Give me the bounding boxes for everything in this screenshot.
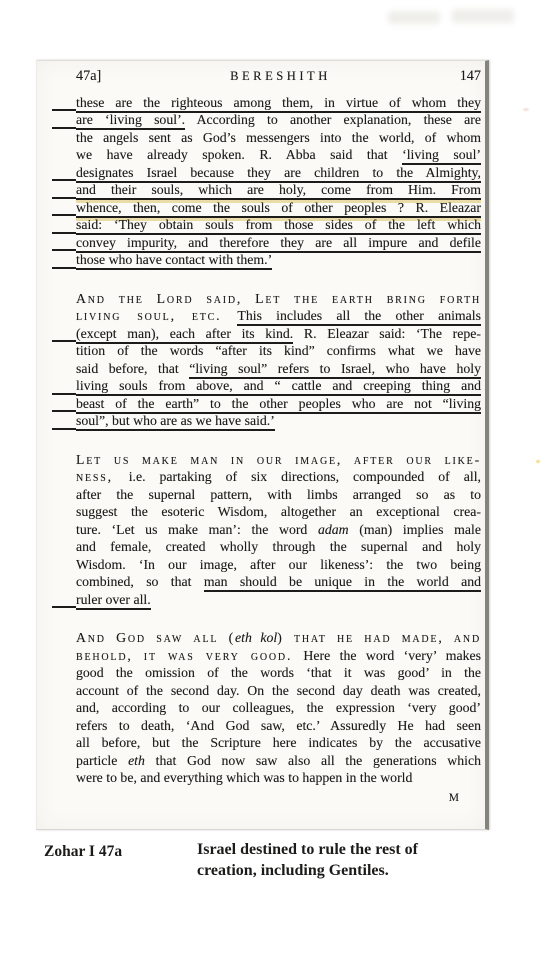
text-line: tition of the words “after its kind” con…	[76, 342, 481, 360]
underlined-text-segment: living souls from above, and “ cattle an…	[76, 378, 481, 396]
paragraph: these are the righteous among them, in v…	[76, 94, 481, 269]
text-segment: we have already spoken. R. Abba said tha…	[76, 147, 402, 162]
text-line: and, according to our colleagues, the ex…	[76, 699, 481, 717]
underlined-text-segment: designates Israel because they are child…	[76, 165, 481, 183]
text-line: living soul, etc. This includes all the …	[76, 307, 481, 325]
printer-signature-mark: M	[76, 790, 481, 808]
text-line: refers to death, ‘And God saw, etc.’ Ass…	[76, 717, 481, 735]
text-segment: combined, so that	[76, 574, 204, 589]
text-line: these are the righteous among them, in v…	[76, 94, 481, 112]
text-segment: the angels sent as God’s messengers into…	[76, 130, 481, 145]
underlined-text-segment: This includes all the other animals	[237, 308, 481, 326]
text-line: said: ‘They obtain souls from those side…	[76, 216, 481, 234]
text-segment: And God saw all (	[76, 630, 235, 645]
bleed-through-smudge	[388, 11, 440, 24]
underlined-text-segment: whence, then, come the souls of other pe…	[76, 200, 481, 218]
pen-underline-margin-extension	[52, 232, 76, 234]
underlined-text-segment: are ‘living soul’.	[76, 112, 185, 130]
text-segment: And the Lord said, Let the earth bring f…	[76, 291, 481, 306]
text-segment: adam	[318, 522, 349, 537]
text-segment: (man) implies male	[349, 522, 481, 537]
text-segment: all before, but the Scripture here indic…	[76, 735, 481, 750]
pen-underline-margin-extension	[52, 267, 76, 269]
underlined-text-segment: “living soul” refers to Israel, who have…	[189, 361, 481, 379]
pen-underline-margin-extension	[52, 214, 76, 216]
caption-summary-line: Israel destined to rule the rest of	[197, 839, 418, 860]
text-segment: ture. ‘Let us make man’: the word	[76, 522, 318, 537]
text-segment: Let us make man in our image, after our …	[76, 452, 481, 467]
bleed-through-smudge	[452, 9, 514, 23]
pen-underline-margin-extension	[52, 197, 76, 199]
text-line: account of the second day. On the second…	[76, 682, 481, 700]
underlined-text-segment: man should be unique in the world and	[204, 574, 481, 592]
underlined-text-segment: ‘living soul’	[402, 147, 481, 165]
text-segment: refers to death, ‘And God saw, etc.’ Ass…	[76, 718, 481, 733]
text-line: soul”, but who are as we have said.’	[76, 412, 481, 430]
scan-artifact-speck	[523, 108, 529, 111]
text-line: Wisdom. ‘In our image, after our likenes…	[76, 556, 481, 574]
text-segment: said before, that	[76, 361, 189, 376]
text-line: whence, then, come the souls of other pe…	[76, 199, 481, 217]
underlined-text-segment: soul”, but who are as we have said.’	[76, 413, 275, 431]
pen-underline-margin-extension	[52, 606, 76, 608]
text-line: beast of the earth” to the other peoples…	[76, 395, 481, 413]
pen-underline-margin-extension	[52, 393, 76, 395]
text-line: And God saw all (eth kol) that he had ma…	[76, 629, 481, 647]
pen-underline-margin-extension	[52, 410, 76, 412]
caption-summary-line: creation, including Gentiles.	[197, 860, 418, 881]
text-line: good the omission of the words ‘that it …	[76, 664, 481, 682]
page-body-text: these are the righteous among them, in v…	[76, 94, 481, 787]
pen-underline-margin-extension	[52, 249, 76, 251]
text-segment: behold, it was very good.	[76, 648, 303, 663]
text-segment: suggest the esoteric Wisdom, altogether …	[76, 504, 481, 519]
page-number: 147	[460, 68, 481, 86]
text-line: ruler over all.	[76, 591, 481, 609]
text-segment: According to another explanation, these …	[185, 112, 481, 127]
text-line: particle eth that God now saw also all t…	[76, 752, 481, 770]
text-line: after the supernal pattern, with limbs a…	[76, 486, 481, 504]
text-line: behold, it was very good. Here the word …	[76, 647, 481, 665]
text-segment: account of the second day. On the second…	[76, 683, 481, 698]
text-segment: living soul, etc.	[76, 308, 237, 323]
text-line: and female, created wholly through the s…	[76, 538, 481, 556]
folio-number: 47a]	[76, 68, 101, 86]
text-segment: Wisdom. ‘In our image, after our likenes…	[76, 557, 481, 572]
text-segment: were to be, and everything which was to …	[76, 770, 412, 785]
text-segment: after the supernal pattern, with limbs a…	[76, 487, 481, 502]
text-segment: good the omission of the words ‘that it …	[76, 665, 481, 680]
text-segment: eth	[128, 753, 145, 768]
text-line: we have already spoken. R. Abba said tha…	[76, 146, 481, 164]
text-segment: that God now saw also all the generation…	[145, 753, 481, 768]
underlined-text-segment: and their souls, which are holy, come fr…	[76, 182, 481, 200]
paragraph: And God saw all (eth kol) that he had ma…	[76, 629, 481, 787]
underlined-text-segment: these are the righteous among them, in v…	[76, 95, 481, 113]
text-line: Let us make man in our image, after our …	[76, 451, 481, 469]
underlined-text-segment: beast of the earth” to the other peoples…	[76, 396, 481, 414]
pen-underline-margin-extension	[52, 127, 76, 129]
pen-underline-margin-extension	[52, 428, 76, 430]
underlined-text-segment: (except man), each after its kind.	[76, 326, 293, 344]
underlined-text-segment: convey impurity, and therefore they are …	[76, 235, 481, 253]
text-line: were to be, and everything which was to …	[76, 769, 481, 787]
paragraph: Let us make man in our image, after our …	[76, 451, 481, 609]
text-line: designates Israel because they are child…	[76, 164, 481, 182]
text-segment: tition of the words “after its kind” con…	[76, 343, 481, 358]
screenshot-root: 47a] Bereshith 147 these are the righteo…	[0, 0, 550, 965]
text-segment: eth kol	[235, 630, 277, 645]
scan-artifact-speck	[536, 460, 540, 463]
caption-summary: Israel destined to rule the rest of crea…	[197, 839, 418, 881]
text-line: suggest the esoteric Wisdom, altogether …	[76, 503, 481, 521]
text-segment: R. Eleazar said: ‘The repe-	[293, 326, 481, 341]
text-line: convey impurity, and therefore they are …	[76, 234, 481, 252]
pen-underline-margin-extension	[52, 340, 76, 342]
text-line: And the Lord said, Let the earth bring f…	[76, 290, 481, 308]
text-line: (except man), each after its kind. R. El…	[76, 325, 481, 343]
text-segment: particle	[76, 753, 128, 768]
text-line: said before, that “living soul” refers t…	[76, 360, 481, 378]
underlined-text-segment: ruler over all.	[76, 592, 151, 610]
text-line: ture. ‘Let us make man’: the word adam (…	[76, 521, 481, 539]
scanned-page: 47a] Bereshith 147 these are the righteo…	[36, 60, 489, 830]
text-segment: ) that he had made, and	[277, 630, 481, 645]
text-column: 47a] Bereshith 147 these are the righteo…	[76, 68, 481, 807]
pen-underline-margin-extension	[52, 179, 76, 181]
text-segment: and, according to our colleagues, the ex…	[76, 700, 481, 715]
text-line: those who have contact with them.’	[76, 251, 481, 269]
text-line: ness, i.e. partaking of six directions, …	[76, 468, 481, 486]
text-segment: Here the word ‘very’ makes	[303, 648, 481, 663]
text-segment: ness,	[76, 469, 129, 484]
pen-underline-margin-extension	[52, 109, 76, 111]
text-line: all before, but the Scripture here indic…	[76, 734, 481, 752]
text-line: and their souls, which are holy, come fr…	[76, 181, 481, 199]
text-line: combined, so that man should be unique i…	[76, 573, 481, 591]
text-line: the angels sent as God’s messengers into…	[76, 129, 481, 147]
running-title: Bereshith	[230, 68, 331, 86]
underlined-text-segment: those who have contact with them.’	[76, 252, 272, 270]
text-segment: i.e. partaking of six directions, compou…	[129, 469, 481, 484]
paragraph: And the Lord said, Let the earth bring f…	[76, 290, 481, 430]
running-header: 47a] Bereshith 147	[76, 68, 481, 86]
caption-source-reference: Zohar I 47a	[44, 843, 122, 861]
text-line: are ‘living soul’. According to another …	[76, 111, 481, 129]
underlined-text-segment: said: ‘They obtain souls from those side…	[76, 217, 481, 235]
text-segment: and female, created wholly through the s…	[76, 539, 481, 554]
text-line: living souls from above, and “ cattle an…	[76, 377, 481, 395]
